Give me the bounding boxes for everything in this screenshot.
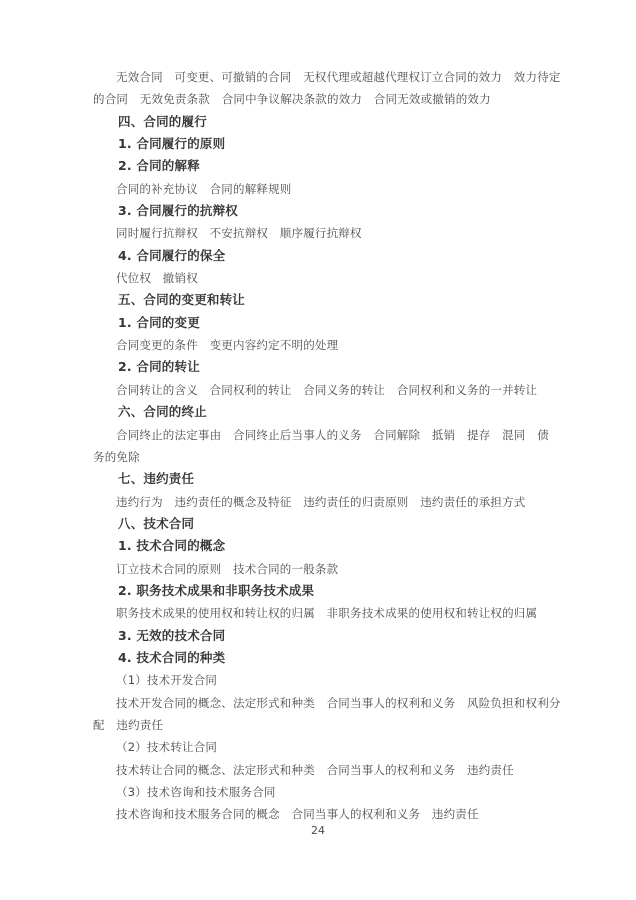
- text-line: （3）技术咨询和技术服务合同: [93, 781, 553, 803]
- text-line: 代位权 撤销权: [93, 267, 553, 289]
- text-line: （1）技术开发合同: [93, 669, 553, 691]
- text-line: （2）技术转让合同: [93, 736, 553, 758]
- text-line: 合同变更的条件 变更内容约定不明的处理: [93, 334, 553, 356]
- heading-line: 4. 合同履行的保全: [93, 245, 553, 267]
- heading-line: 1. 合同履行的原则: [93, 133, 553, 155]
- document-body: 无效合同 可变更、可撤销的合同 无权代理或超越代理权订立合同的效力 效力待定的合…: [93, 66, 553, 826]
- text-line: 配 违约责任: [93, 714, 553, 736]
- heading-line: 1. 合同的变更: [93, 312, 553, 334]
- text-line: 合同终止的法定事由 合同终止后当事人的义务 合同解除 抵销 提存 混同 债: [93, 424, 553, 446]
- heading-line: 4. 技术合同的种类: [93, 647, 553, 669]
- heading-line: 3. 无效的技术合同: [93, 625, 553, 647]
- heading-line: 四、合同的履行: [93, 111, 553, 133]
- text-line: 合同转让的含义 合同权利的转让 合同义务的转让 合同权利和义务的一并转让: [93, 379, 553, 401]
- text-line: 合同的补充协议 合同的解释规则: [93, 178, 553, 200]
- text-line: 的合同 无效免责条款 合同中争议解决条款的效力 合同无效或撤销的效力: [93, 88, 553, 110]
- heading-line: 2. 合同的转让: [93, 356, 553, 378]
- document-page: 无效合同 可变更、可撤销的合同 无权代理或超越代理权订立合同的效力 效力待定的合…: [0, 0, 636, 900]
- text-line: 务的免除: [93, 446, 553, 468]
- text-line: 同时履行抗辩权 不安抗辩权 顺序履行抗辩权: [93, 222, 553, 244]
- text-line: 职务技术成果的使用权和转让权的归属 非职务技术成果的使用权和转让权的归属: [93, 602, 553, 624]
- heading-line: 3. 合同履行的抗辩权: [93, 200, 553, 222]
- text-line: 技术转让合同的概念、法定形式和种类 合同当事人的权利和义务 违约责任: [93, 759, 553, 781]
- heading-line: 1. 技术合同的概念: [93, 535, 553, 557]
- text-line: 订立技术合同的原则 技术合同的一般条款: [93, 558, 553, 580]
- heading-line: 七、违约责任: [93, 468, 553, 490]
- heading-line: 五、合同的变更和转让: [93, 289, 553, 311]
- text-line: 无效合同 可变更、可撤销的合同 无权代理或超越代理权订立合同的效力 效力待定: [93, 66, 553, 88]
- heading-line: 八、技术合同: [93, 513, 553, 535]
- heading-line: 六、合同的终止: [93, 401, 553, 423]
- text-line: 技术咨询和技术服务合同的概念 合同当事人的权利和义务 违约责任: [93, 803, 553, 825]
- text-line: 违约行为 违约责任的概念及特征 违约责任的归责原则 违约责任的承担方式: [93, 491, 553, 513]
- page-number: 24: [0, 824, 636, 837]
- heading-line: 2. 职务技术成果和非职务技术成果: [93, 580, 553, 602]
- heading-line: 2. 合同的解释: [93, 155, 553, 177]
- text-line: 技术开发合同的概念、法定形式和种类 合同当事人的权利和义务 风险负担和权利分: [93, 692, 553, 714]
